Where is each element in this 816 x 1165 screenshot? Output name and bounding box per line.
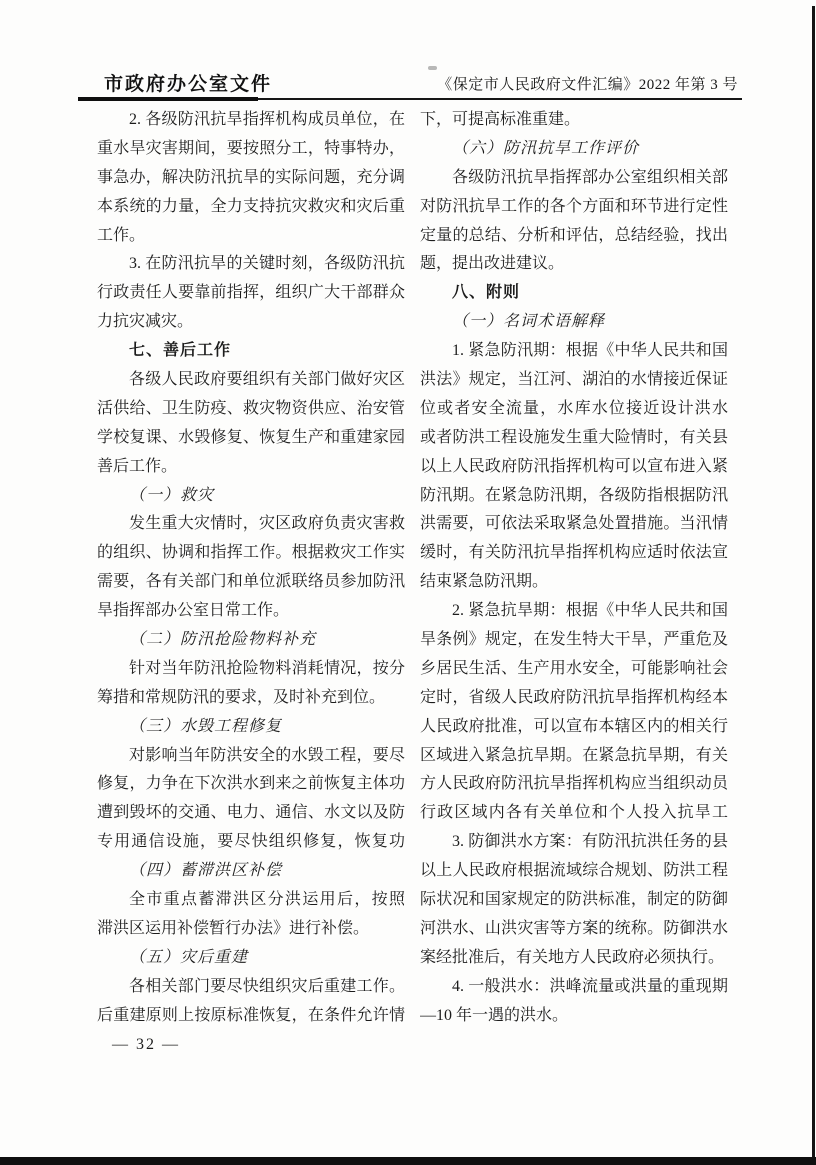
text-line: 案经批准后，有关地方人民政府必须执行。	[420, 944, 728, 973]
text-line: 七、善后工作	[97, 337, 405, 366]
text-line: 的组织、协调和指挥工作。根据救灾工作实际	[97, 539, 405, 568]
text-line: 以上人民政府防汛指挥机构可以宣布进入紧急	[420, 453, 728, 482]
text-line: （二）防汛抢险物料补充	[97, 626, 405, 655]
text-line: 2. 紧急抗旱期：根据《中华人民共和国抗	[420, 597, 728, 626]
text-line: 3. 防御洪水方案：有防汛抗洪任务的县级	[420, 828, 728, 857]
text-line: 以上人民政府根据流域综合规划、防洪工程实	[420, 857, 728, 886]
text-line: 题，提出改进建议。	[420, 250, 728, 279]
text-line: 洪法》规定，当江河、湖泊的水情接近保证水	[420, 366, 728, 395]
text-line: 后重建原则上按原标准恢复，在条件允许情况	[97, 1002, 405, 1031]
text-line: （五）灾后重建	[97, 944, 405, 973]
text-line: 洪需要，可依法采取紧急处置措施。当汛情趋	[420, 510, 728, 539]
scan-speck	[428, 66, 437, 70]
text-line: 乡居民生活、生产用水安全，可能影响社会稳	[420, 655, 728, 684]
page-number: — 32 —	[112, 1036, 180, 1054]
body-columns: 2. 各级防汛抗旱指挥机构成员单位，在严重水旱灾害期间，要按照分工，特事特办，急…	[97, 106, 728, 1031]
text-line: 定时，省级人民政府防汛抗旱指挥机构经本级	[420, 684, 728, 713]
text-line: 位或者安全流量，水库水位接近设计洪水位，	[420, 395, 728, 424]
text-line: 滞洪区运用补偿暂行办法》进行补偿。	[97, 915, 405, 944]
text-line: 河洪水、山洪灾害等方案的统称。防御洪水方	[420, 915, 728, 944]
text-line: 旱指挥部办公室日常工作。	[97, 597, 405, 626]
text-line: 行政区域内各有关单位和个人投入抗旱工作。	[420, 799, 728, 828]
document-page: 市政府办公室文件 《保定市人民政府文件汇编》2022 年第 3 号 2. 各级防…	[0, 0, 816, 1165]
text-line: 1. 紧急防汛期：根据《中华人民共和国防	[420, 337, 728, 366]
header-document-category: 市政府办公室文件	[104, 69, 272, 96]
text-line: 全市重点蓄滞洪区分洪运用后，按照《蓄	[97, 886, 405, 915]
text-line: 旱条例》规定，在发生特大干旱，严重危及城	[420, 626, 728, 655]
text-line: 各级防汛抗旱指挥部办公室组织相关部门	[420, 164, 728, 193]
text-line: 筹措和常规防汛的要求，及时补充到位。	[97, 684, 405, 713]
text-line: 方人民政府防汛抗旱指挥机构应当组织动员本	[420, 770, 728, 799]
text-line: 结束紧急防汛期。	[420, 568, 728, 597]
text-line: 或者防洪工程设施发生重大险情时，有关县级	[420, 424, 728, 453]
text-line: 遭到毁坏的交通、电力、通信、水文以及防汛	[97, 799, 405, 828]
text-line: 工作。	[97, 222, 405, 251]
scan-edge-bottom	[0, 1157, 816, 1165]
text-line: 下，可提高标准重建。	[420, 106, 728, 135]
text-line: 区域进入紧急抗旱期。在紧急抗旱期，有关地	[420, 742, 728, 771]
text-line: 力抗灾减灾。	[97, 308, 405, 337]
text-line: 八、附则	[420, 279, 728, 308]
text-line: 需要，各有关部门和单位派联络员参加防汛抗	[97, 568, 405, 597]
text-line: 事急办，解决防汛抗旱的实际问题，充分调动	[97, 164, 405, 193]
text-line: 行政责任人要靠前指挥，组织广大干部群众奋	[97, 279, 405, 308]
header-compilation-issue: 《保定市人民政府文件汇编》2022 年第 3 号	[437, 73, 738, 94]
text-line: 人民政府批准，可以宣布本辖区内的相关行政	[420, 713, 728, 742]
text-line: （一）名词术语解释	[420, 308, 728, 337]
text-line: 专用通信设施，要尽快组织修复，恢复功能。	[97, 828, 405, 857]
header-rule-thick-segment	[78, 97, 258, 101]
text-line: 防汛期。在紧急防汛期，各级防指根据防汛抗	[420, 482, 728, 511]
text-line: 定量的总结、分析和评估，总结经验，找出问	[420, 222, 728, 251]
text-line: （一）救灾	[97, 482, 405, 511]
text-line: 各相关部门要尽快组织灾后重建工作。灾	[97, 973, 405, 1002]
text-line: 本系统的力量，全力支持抗灾救灾和灾后重建	[97, 193, 405, 222]
text-line: （三）水毁工程修复	[97, 713, 405, 742]
text-line: 对影响当年防洪安全的水毁工程，要尽快	[97, 742, 405, 771]
text-line: （六）防汛抗旱工作评价	[420, 135, 728, 164]
text-line: 针对当年防汛抢险物料消耗情况，按分级	[97, 655, 405, 684]
text-line: 缓时，有关防汛抗旱指挥机构应适时依法宣布	[420, 539, 728, 568]
text-line: 4. 一般洪水：洪峰流量或洪量的重现期 5	[420, 973, 728, 1002]
text-line: 发生重大灾情时，灾区政府负责灾害救助	[97, 510, 405, 539]
text-line: （四）蓄滞洪区补偿	[97, 857, 405, 886]
text-line: 对防汛抗旱工作的各个方面和环节进行定性和	[420, 193, 728, 222]
text-line: —10 年一遇的洪水。	[420, 1002, 728, 1031]
text-line: 际状况和国家规定的防洪标准，制定的防御江	[420, 886, 728, 915]
page-header: 市政府办公室文件 《保定市人民政府文件汇编》2022 年第 3 号	[78, 62, 742, 98]
text-line: 活供给、卫生防疫、救灾物资供应、治安管理、	[97, 395, 405, 424]
text-line: 修复，力争在下次洪水到来之前恢复主体功能；	[97, 770, 405, 799]
scan-edge-right	[812, 6, 815, 1165]
text-line: 2. 各级防汛抗旱指挥机构成员单位，在严	[97, 106, 405, 135]
text-line: 善后工作。	[97, 453, 405, 482]
text-line: 3. 在防汛抗旱的关键时刻，各级防汛抗旱	[97, 250, 405, 279]
left-column: 2. 各级防汛抗旱指挥机构成员单位，在严重水旱灾害期间，要按照分工，特事特办，急…	[97, 106, 405, 1031]
text-line: 各级人民政府要组织有关部门做好灾区生	[97, 366, 405, 395]
text-line: 学校复课、水毁修复、恢复生产和重建家园等	[97, 424, 405, 453]
right-column: 下，可提高标准重建。（六）防汛抗旱工作评价各级防汛抗旱指挥部办公室组织相关部门对…	[420, 106, 728, 1031]
text-line: 重水旱灾害期间，要按照分工，特事特办，急	[97, 135, 405, 164]
